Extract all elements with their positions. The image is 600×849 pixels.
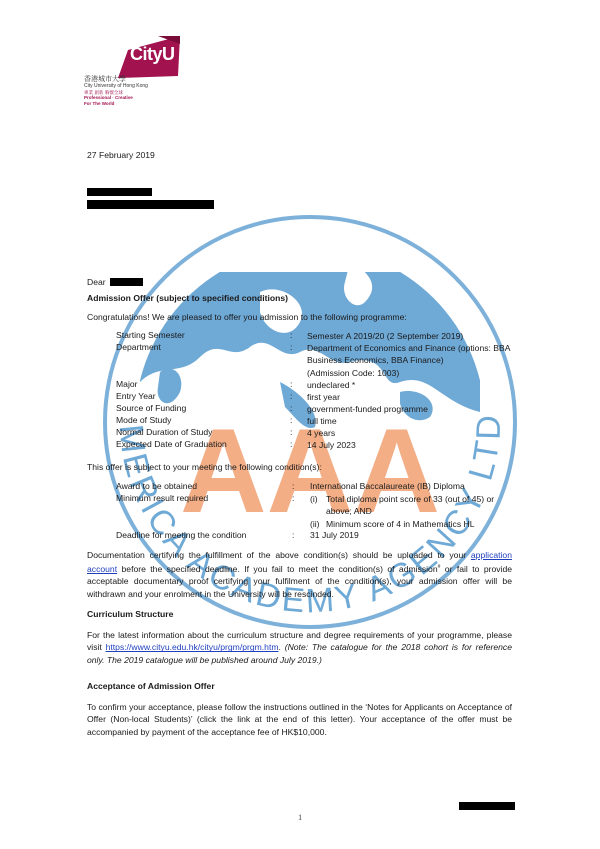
logo-brand: CityU — [130, 44, 175, 65]
redacted-recipient-name — [87, 188, 152, 196]
letter-title: Admission Offer (subject to specified co… — [87, 293, 288, 303]
curriculum-heading: Curriculum Structure — [87, 609, 173, 619]
curriculum-paragraph: For the latest information about the cur… — [87, 629, 512, 666]
logo-name-en: City University of Hong Kong — [84, 83, 148, 89]
redacted-footer-id — [459, 802, 515, 810]
letter-date: 27 February 2019 — [87, 150, 155, 160]
document-page: AAA AMERICA ACADEMY AGENCY LTD. CityU 香港… — [0, 0, 600, 849]
curriculum-link[interactable]: https://www.cityu.edu.hk/cityu/prgm/prgm… — [106, 642, 279, 652]
acceptance-paragraph: To confirm your acceptance, please follo… — [87, 701, 512, 738]
letter-intro: Congratulations! We are pleased to offer… — [87, 312, 407, 322]
redacted-recipient-address — [87, 200, 214, 209]
documentation-paragraph: Documentation certifying the fulfillment… — [87, 549, 512, 600]
acceptance-heading: Acceptance of Admission Offer — [87, 681, 215, 691]
redacted-name — [110, 278, 143, 286]
cityu-logo: CityU 香港城市大學 City University of Hong Kon… — [84, 36, 184, 106]
conditions-intro: This offer is subject to your meeting th… — [87, 462, 322, 472]
page-number: 1 — [298, 812, 302, 822]
logo-motto-en: Professional · Creative For The World — [84, 95, 133, 106]
salutation: Dear — [87, 277, 143, 287]
